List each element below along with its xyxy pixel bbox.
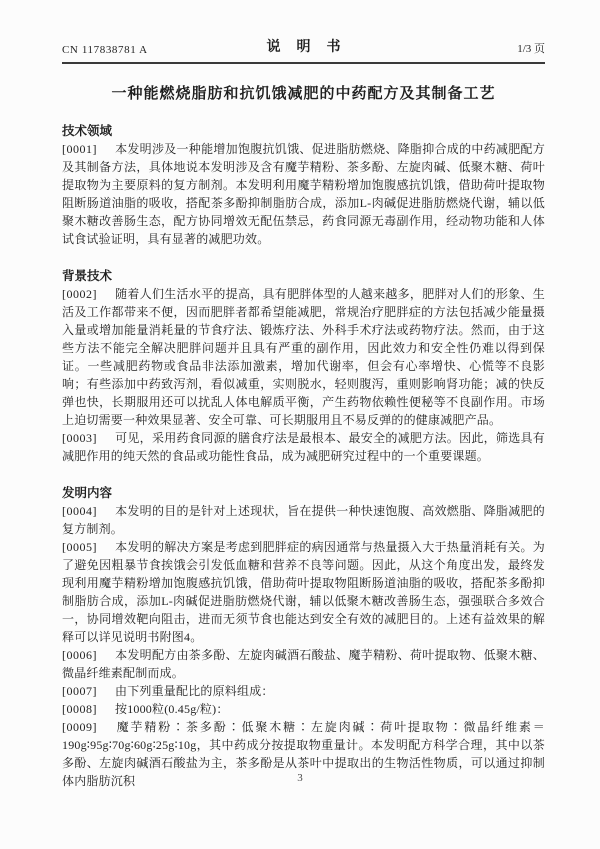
paragraph-number: [0007]: [62, 682, 115, 700]
page-indicator: 1/3 页: [357, 40, 546, 56]
paragraph-text: 本发明配方由茶多酚、左旋肉碱酒石酸盐、魔芋精粉、荷叶提取物、低聚木糖、微晶纤维素…: [62, 648, 545, 680]
paragraph: [0001]本发明涉及一种能增加饱腹抗饥饿、促进脂肪燃烧、降脂抑合成的中药减肥配…: [62, 140, 545, 248]
paragraph: [0006]本发明配方由茶多酚、左旋肉碱酒石酸盐、魔芋精粉、荷叶提取物、低聚木糖…: [62, 646, 545, 682]
paragraph: [0003]可见，采用药食同源的膳食疗法是最根本、最安全的减肥方法。因此，筛选具…: [62, 429, 545, 465]
document-number: CN 117838781 A: [62, 44, 251, 56]
paragraph-text: 本发明的解决方案是考虑到肥胖症的病因通常与热量摄入大于热量消耗有关。为了避免因粗…: [62, 540, 545, 644]
paragraph-number: [0006]: [62, 646, 115, 664]
section-heading: 技术领域: [62, 122, 545, 140]
paragraph: [0008]按1000粒(0.45g/粒)：: [62, 700, 545, 718]
paragraph: [0002]随着人们生活水平的提高，具有肥胖体型的人越来越多，肥胖对人们的形象、…: [62, 285, 545, 429]
paragraph: [0007]由下列重量配比的原料组成：: [62, 682, 545, 700]
paragraph-text: 本发明涉及一种能增加饱腹抗饥饿、促进脂肪燃烧、降脂抑合成的中药减肥配方及其制备方…: [62, 142, 545, 246]
document-type-title: 说明书: [251, 36, 357, 56]
paragraph-text: 随着人们生活水平的提高，具有肥胖体型的人越来越多，肥胖对人们的形象、生活及工作都…: [62, 287, 545, 427]
paragraph-number: [0008]: [62, 700, 115, 718]
paragraph: [0004]本发明的目的是针对上述现状，旨在提供一种快速饱腹、高效燃脂、降脂减肥…: [62, 502, 545, 538]
paragraph-number: [0005]: [62, 538, 115, 556]
patent-document-page: CN 117838781 A 说明书 1/3 页 一种能燃烧脂肪和抗饥饿减肥的中…: [0, 0, 600, 849]
page-number-footer: 3: [0, 772, 600, 784]
page-header: CN 117838781 A 说明书 1/3 页: [62, 36, 545, 64]
section-summary-of-invention: 发明内容 [0004]本发明的目的是针对上述现状，旨在提供一种快速饱腹、高效燃脂…: [62, 484, 545, 790]
section-background-art: 背景技术 [0002]随着人们生活水平的提高，具有肥胖体型的人越来越多，肥胖对人…: [62, 267, 545, 465]
paragraph-text: 由下列重量配比的原料组成：: [115, 684, 274, 698]
paragraph-text: 按1000粒(0.45g/粒)：: [115, 702, 229, 716]
patent-title: 一种能燃烧脂肪和抗饥饿减肥的中药配方及其制备工艺: [62, 85, 545, 103]
section-technical-field: 技术领域 [0001]本发明涉及一种能增加饱腹抗饥饿、促进脂肪燃烧、降脂抑合成的…: [62, 122, 545, 248]
section-heading: 发明内容: [62, 484, 545, 502]
paragraph-number: [0002]: [62, 285, 115, 303]
paragraph-text: 可见，采用药食同源的膳食疗法是最根本、最安全的减肥方法。因此，筛选具有减肥作用的…: [62, 431, 545, 463]
paragraph-number: [0004]: [62, 502, 115, 520]
paragraph-text: 本发明的目的是针对上述现状，旨在提供一种快速饱腹、高效燃脂、降脂减肥的复方制剂。: [62, 504, 545, 536]
paragraph-number: [0003]: [62, 429, 115, 447]
page-content: CN 117838781 A 说明书 1/3 页 一种能燃烧脂肪和抗饥饿减肥的中…: [0, 0, 600, 790]
paragraph-number: [0009]: [62, 718, 115, 736]
section-heading: 背景技术: [62, 267, 545, 285]
paragraph: [0005]本发明的解决方案是考虑到肥胖症的病因通常与热量摄入大于热量消耗有关。…: [62, 538, 545, 646]
paragraph-number: [0001]: [62, 140, 115, 158]
